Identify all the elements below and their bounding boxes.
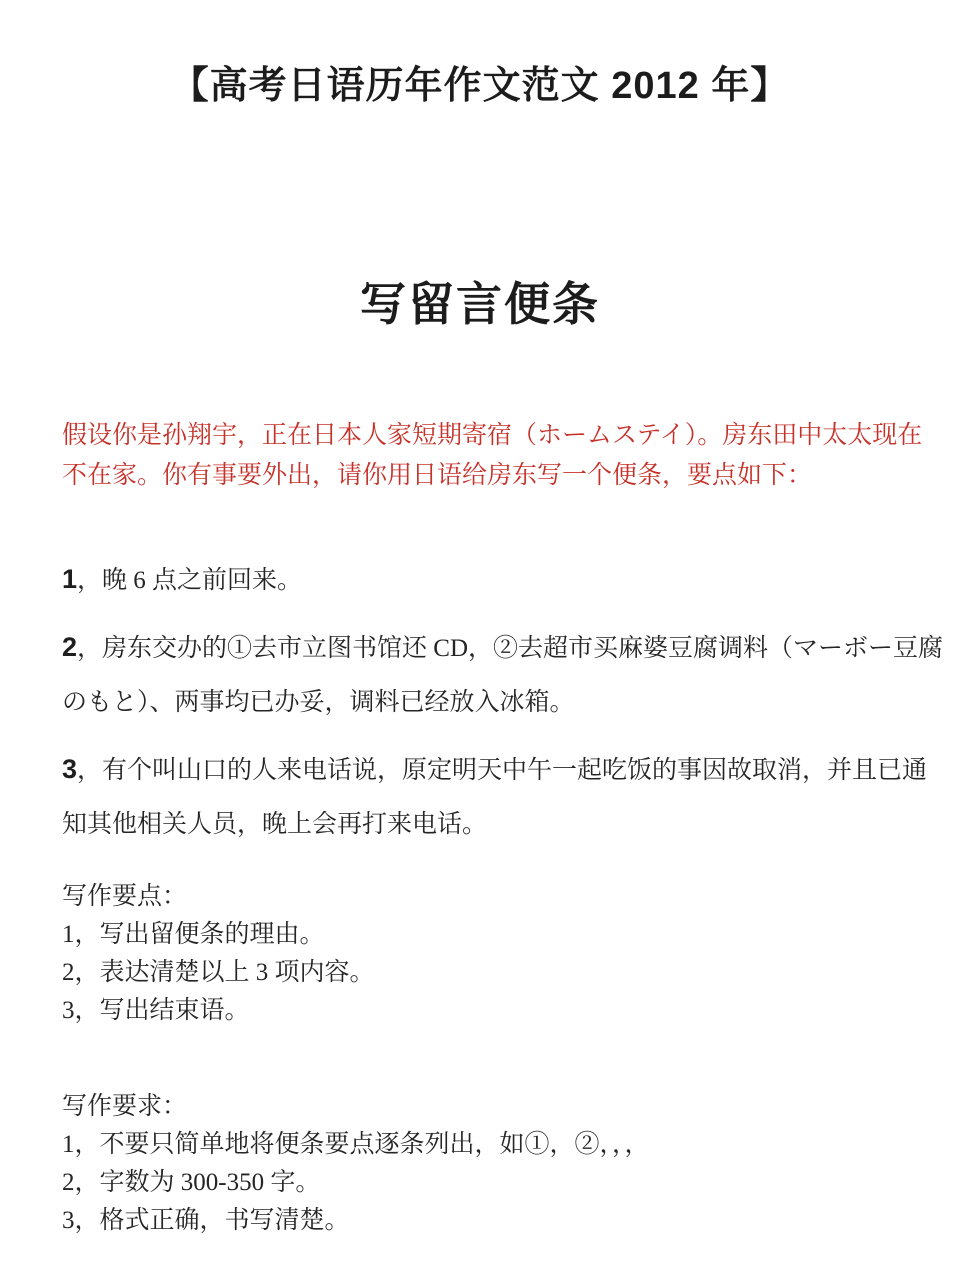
point-item: 3，有个叫山口的人来电话说，原定明天中午一起吃饭的事因故取消，并且已通 知其他相… (62, 742, 930, 852)
writing-essentials-section: 写作要点： 1，写出留便条的理由。 2，表达清楚以上 3 项内容。 3，写出结束… (62, 878, 930, 1030)
writing-requirements-item: 1，不要只简单地将便条要点逐条列出，如①，②，，， (62, 1126, 930, 1164)
point-number-separator: ， (77, 567, 102, 594)
writing-essentials-item: 2，表达清楚以上 3 项内容。 (62, 954, 930, 992)
writing-requirements-item: 3，格式正确，书写清楚。 (62, 1202, 930, 1240)
point-line: 知其他相关人员，晚上会再打来电话。 (62, 798, 930, 852)
writing-essentials-item: 3，写出结束语。 (62, 992, 930, 1030)
point-text: 知其他相关人员，晚上会再打来电话。 (62, 811, 487, 838)
essay-subtitle: 写留言便条 (0, 268, 960, 334)
point-line: のもと）、两事均已办妥，调料已经放入冰箱。 (62, 676, 930, 730)
intro-paragraph: 假设你是孙翔宇，正在日本人家短期寄宿（ホームステイ）。房东田中太太现在 不在家。… (62, 416, 910, 496)
intro-line: 不在家。你有事要外出，请你用日语给房东写一个便条，要点如下： (62, 456, 910, 496)
point-number-separator: ， (77, 757, 102, 784)
writing-requirements-section: 写作要求： 1，不要只简单地将便条要点逐条列出，如①，②，，， 2，字数为 30… (62, 1088, 930, 1240)
point-item: 1，晚 6 点之前回来。 (62, 552, 930, 608)
writing-requirements-item: 2，字数为 300-350 字。 (62, 1164, 930, 1202)
point-text: 有个叫山口的人来电话说，原定明天中午一起吃饭的事因故取消，并且已通 (102, 757, 927, 784)
point-text: 晚 6 点之前回来。 (102, 567, 302, 594)
document-page: 【高考日语历年作文范文 2012 年】 写留言便条 假设你是孙翔宇，正在日本人家… (0, 0, 960, 1280)
point-number: 3 (62, 754, 77, 784)
points-list: 1，晚 6 点之前回来。 2，房东交办的①去市立图书馆还 CD，②去超市买麻婆豆… (62, 552, 930, 864)
point-number: 1 (62, 564, 77, 594)
intro-line: 假设你是孙翔宇，正在日本人家短期寄宿（ホームステイ）。房东田中太太现在 (62, 416, 910, 456)
point-number: 2 (62, 632, 77, 662)
writing-essentials-heading: 写作要点： (62, 878, 930, 916)
point-line: 3，有个叫山口的人来电话说，原定明天中午一起吃饭的事因故取消，并且已通 (62, 742, 930, 798)
writing-requirements-heading: 写作要求： (62, 1088, 930, 1126)
writing-essentials-item: 1，写出留便条的理由。 (62, 916, 930, 954)
point-text: 房东交办的①去市立图书馆还 CD，②去超市买麻婆豆腐调料（マーボー豆腐 (102, 635, 943, 662)
point-line: 2，房东交办的①去市立图书馆还 CD，②去超市买麻婆豆腐调料（マーボー豆腐 (62, 620, 930, 676)
point-text: のもと）、两事均已办妥，调料已经放入冰箱。 (62, 689, 575, 716)
point-number-separator: ， (77, 635, 102, 662)
point-item: 2，房东交办的①去市立图书馆还 CD，②去超市买麻婆豆腐调料（マーボー豆腐 のも… (62, 620, 930, 730)
point-line: 1，晚 6 点之前回来。 (62, 552, 930, 608)
page-title: 【高考日语历年作文范文 2012 年】 (0, 54, 960, 109)
